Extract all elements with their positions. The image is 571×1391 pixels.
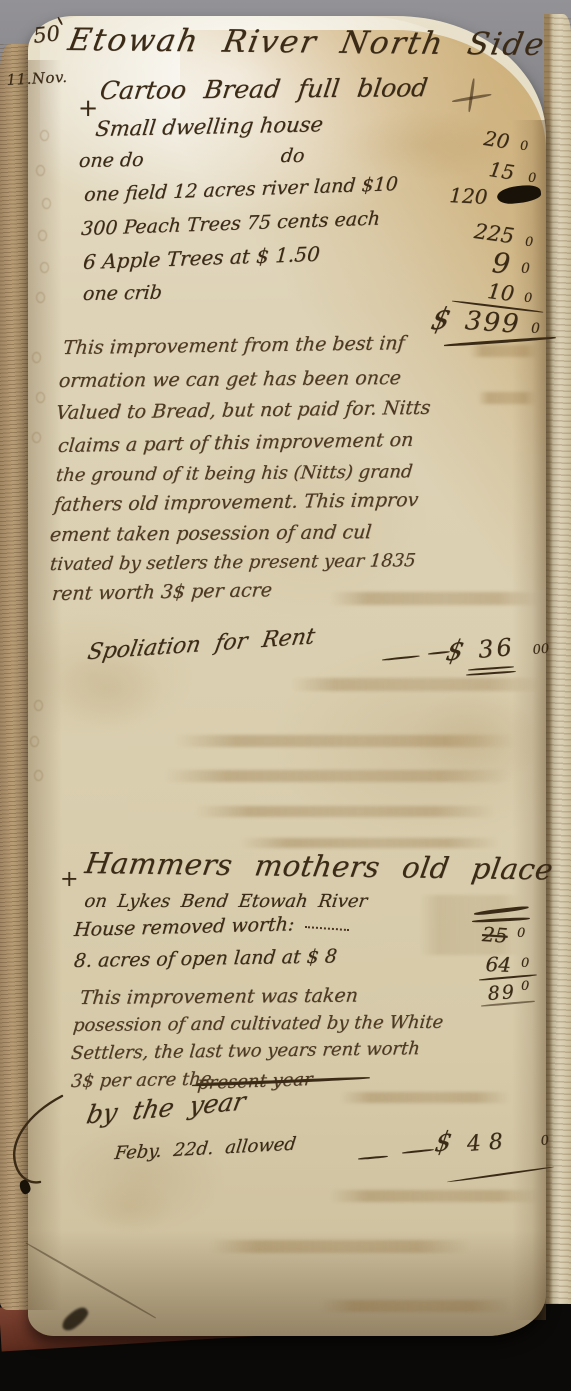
entry1-award-cents: 00: [532, 642, 550, 658]
entry1-item-cents: 0: [528, 171, 536, 186]
entry2-claimant: Hammers mothers old place: [83, 846, 556, 886]
entry1-item-dollars: 9: [491, 246, 512, 281]
entry2-note-line: 3$ per acre the: [70, 1069, 212, 1092]
margin-ghost-dot: [34, 700, 43, 711]
bleedthrough-line: [470, 345, 538, 357]
page-title: Etowah River North Side: [65, 22, 548, 63]
entry2-note-line: posession of and cultivated by the White: [72, 1012, 444, 1036]
bleedthrough-line: [165, 770, 510, 782]
entry2-item-dollars: 25: [481, 922, 508, 948]
entry1-item-dollars: 120: [449, 183, 488, 209]
bleedthrough-line: [290, 678, 540, 691]
entry1-note-line: ement taken posession of and cul: [49, 521, 373, 546]
bleedthrough-line: [340, 1092, 510, 1103]
margin-ghost-dot: [36, 165, 45, 176]
bleedthrough-line: [330, 592, 540, 605]
entry2-total-cents: 0: [521, 979, 529, 994]
entry1-item-desc: Small dwelling house: [94, 112, 324, 141]
entry2-item-cents: 0: [517, 926, 525, 941]
margin-ghost-dot: [36, 392, 45, 403]
adjacent-page-fore-edge: [544, 14, 571, 1304]
bleedthrough-line: [195, 806, 495, 817]
entry1-note-line: rent worth 3$ per acre: [51, 579, 273, 605]
entry1-item-desc-ditto: do: [280, 145, 306, 167]
entry2-award-cents: 0: [540, 1133, 550, 1149]
bleedthrough-line: [320, 1300, 510, 1312]
paper-stain: [85, 1180, 175, 1235]
entry1-item-cents: 0: [525, 235, 533, 250]
margin-ghost-dot: [32, 432, 41, 443]
entry1-item-dollars: 15: [487, 157, 516, 185]
entry1-note-line: tivated by setlers the present year 1835: [49, 550, 417, 575]
margin-ghost-dot: [42, 198, 51, 209]
entry2-item-cents: 0: [521, 956, 529, 971]
photograph-of-manuscript: { "page": { "page_number": "50", "margin…: [0, 0, 571, 1391]
bleedthrough-line: [330, 1190, 540, 1202]
margin-ghost-dot: [38, 230, 47, 241]
page-number: 50: [32, 21, 61, 48]
entry1-item-dollars: 10: [486, 279, 515, 306]
margin-ghost-dot: [40, 130, 49, 141]
entry2-award-dollars: 48: [466, 1129, 512, 1157]
entry1-claimant: Cartoo Bread full blood: [98, 73, 429, 105]
bleedthrough-line: [478, 392, 536, 404]
margin-ghost-dot: [34, 770, 43, 781]
entry1-item-cents: 0: [524, 291, 532, 306]
entry1-total-cents: 0: [531, 321, 540, 337]
entry1-item-desc: one crib: [82, 282, 163, 305]
entry-date: 11.Nov.: [6, 68, 68, 89]
margin-ghost-dot: [40, 262, 49, 273]
bleedthrough-line: [210, 1240, 470, 1253]
entry1-marker: +: [78, 94, 98, 122]
margin-ghost-dot: [36, 292, 45, 303]
bleedthrough-line: [240, 838, 500, 848]
entry1-total-dollars: 399: [464, 306, 522, 340]
entry2-location: on Lykes Bend Etowah River: [83, 891, 369, 912]
entry1-item-cents: 0: [521, 261, 530, 277]
entry2-marker: +: [60, 867, 78, 892]
entry1-note-line: the ground of it being his (Nitts) grand: [55, 461, 414, 486]
margin-ghost-dot: [32, 352, 41, 363]
entry2-note-line: This improvement was taken: [79, 985, 359, 1009]
entry1-item-desc: one do: [78, 149, 144, 172]
entry1-award-dollars: 36: [477, 633, 516, 664]
entry2-item-dollars: 64: [485, 952, 511, 977]
flourish-curve: [2, 1092, 76, 1196]
entry1-note-line: ormation we can get has been once: [58, 367, 402, 392]
entry2-item-desc: 8. acres of open land at $ 8: [73, 945, 338, 972]
entry1-item-dollars: 20: [482, 126, 511, 154]
bleedthrough-line: [175, 735, 515, 747]
margin-ghost-dot: [30, 736, 39, 747]
entry1-item-cents: 0: [520, 139, 528, 154]
